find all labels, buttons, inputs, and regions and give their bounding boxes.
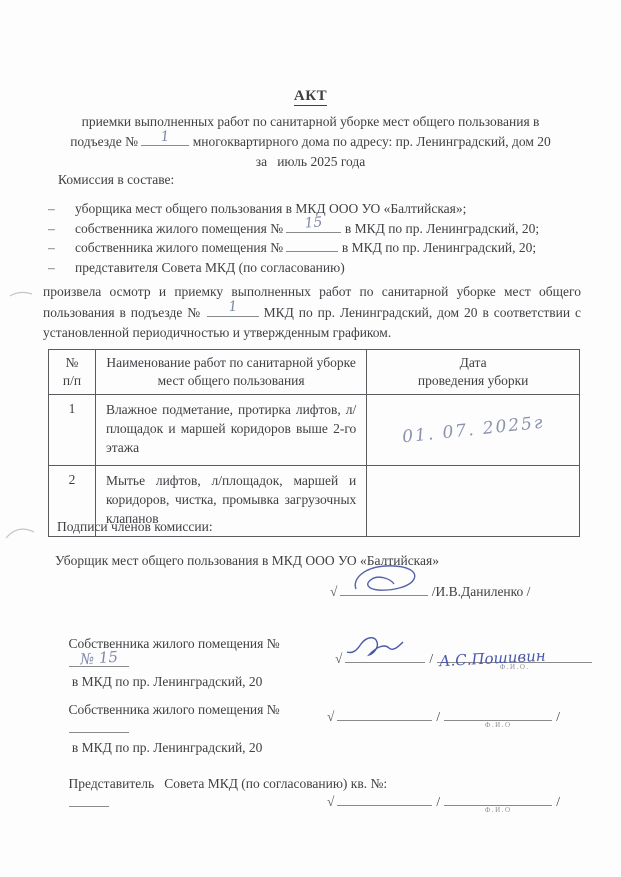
dash-marker: –: [48, 199, 55, 219]
entrance-number-blank-2: 1: [207, 304, 259, 317]
document-page: АКТ приемки выполненных работ по санитар…: [0, 0, 621, 877]
fio-caption: Ф.И.О.: [437, 663, 592, 671]
council-apartment-blank: [69, 794, 109, 807]
sig1-name: /И.В.Даниленко /: [432, 584, 531, 599]
dash-marker: –: [48, 238, 55, 258]
entrance-number-blank: 1: [141, 133, 189, 146]
slash: /: [436, 709, 440, 724]
slash: /: [429, 651, 433, 666]
fio-line: Ф.И.О: [444, 708, 552, 721]
handwritten-date: 01. 07. 2025г: [401, 413, 545, 448]
fio-line: А.С.ПошивинФ.И.О.: [437, 650, 592, 663]
slash: /: [556, 794, 560, 809]
check-mark: √: [330, 584, 337, 599]
table-header-row: № п/п Наименование работ по санитарной у…: [49, 350, 580, 395]
signature-line: [345, 650, 425, 663]
check-mark: √: [327, 709, 334, 724]
handwritten-apartment-number: 15: [286, 212, 342, 235]
header-num: № п/п: [49, 350, 96, 395]
intro-line-2: подъезде № 1 многоквартирного дома по ад…: [40, 132, 581, 152]
sig4-row: √/Ф.И.О/: [327, 793, 564, 810]
handwritten-apartment-number-2: № 15: [68, 647, 129, 670]
apartment-number-blank-empty-2: [69, 720, 129, 733]
handwritten-entrance-number: 1: [141, 125, 190, 148]
header-date: Дата проведения уборки: [367, 350, 580, 395]
list-item: – представителя Совета МКД (по согласова…: [48, 258, 583, 278]
scan-mark: [4, 524, 38, 540]
intro-line-3: за июль 2025 года: [40, 152, 581, 172]
page-title: АКТ: [0, 88, 621, 105]
body-paragraph: произвела осмотр и приемку выполненных р…: [43, 282, 581, 344]
work-table: № п/п Наименование работ по санитарной у…: [48, 349, 580, 537]
intro-line-1: приемки выполненных работ по санитарной …: [40, 112, 581, 132]
commission-heading: Комиссия в составе:: [58, 172, 174, 188]
sig1-row: √ /И.В.Даниленко /: [330, 583, 530, 600]
signature-line: [337, 793, 432, 806]
slash: /: [436, 794, 440, 809]
signature-line: [340, 583, 428, 596]
signature-scribble: [345, 636, 423, 662]
work-description: Влажное подметание, протирка лифтов, л/п…: [95, 395, 366, 466]
fio-caption: Ф.И.О: [444, 721, 552, 729]
table-row: 1 Влажное подметание, протирка лифтов, л…: [49, 395, 580, 466]
fio-caption: Ф.И.О: [444, 806, 552, 814]
dash-marker: –: [48, 258, 55, 278]
cleaning-date-cell: 01. 07. 2025г: [367, 395, 580, 466]
apartment-number-blank-empty: [286, 239, 338, 252]
handwritten-entrance-number-2: 1: [206, 295, 259, 319]
sig1-label: Уборщик мест общего пользования в МКД ОО…: [55, 551, 439, 570]
apartment-number-blank: 15: [286, 220, 341, 233]
scan-mark: [8, 288, 36, 300]
signature-line: [337, 708, 432, 721]
intro-paragraph: приемки выполненных работ по санитарной …: [40, 112, 581, 172]
sig3-row: √/Ф.И.О/: [327, 708, 564, 725]
list-item: – собственника жилого помещения № 15 в М…: [48, 219, 583, 239]
dash-marker: –: [48, 219, 55, 239]
check-mark: √: [327, 794, 334, 809]
cleaning-date-cell-empty: [367, 466, 580, 537]
list-item: – собственника жилого помещения № в МКД …: [48, 238, 583, 258]
fio-line: Ф.И.О: [444, 793, 552, 806]
row-number: 1: [49, 395, 96, 466]
commission-list: – уборщика мест общего пользования в МКД…: [48, 199, 583, 277]
slash: /: [556, 709, 560, 724]
header-work: Наименование работ по санитарной уборке …: [95, 350, 366, 395]
apartment-number-blank-3: № 15: [69, 654, 129, 667]
signatures-heading: Подписи членов комиссии:: [57, 519, 213, 535]
check-mark: √: [335, 651, 342, 666]
sig2-row: √/А.С.ПошивинФ.И.О.: [335, 650, 592, 667]
